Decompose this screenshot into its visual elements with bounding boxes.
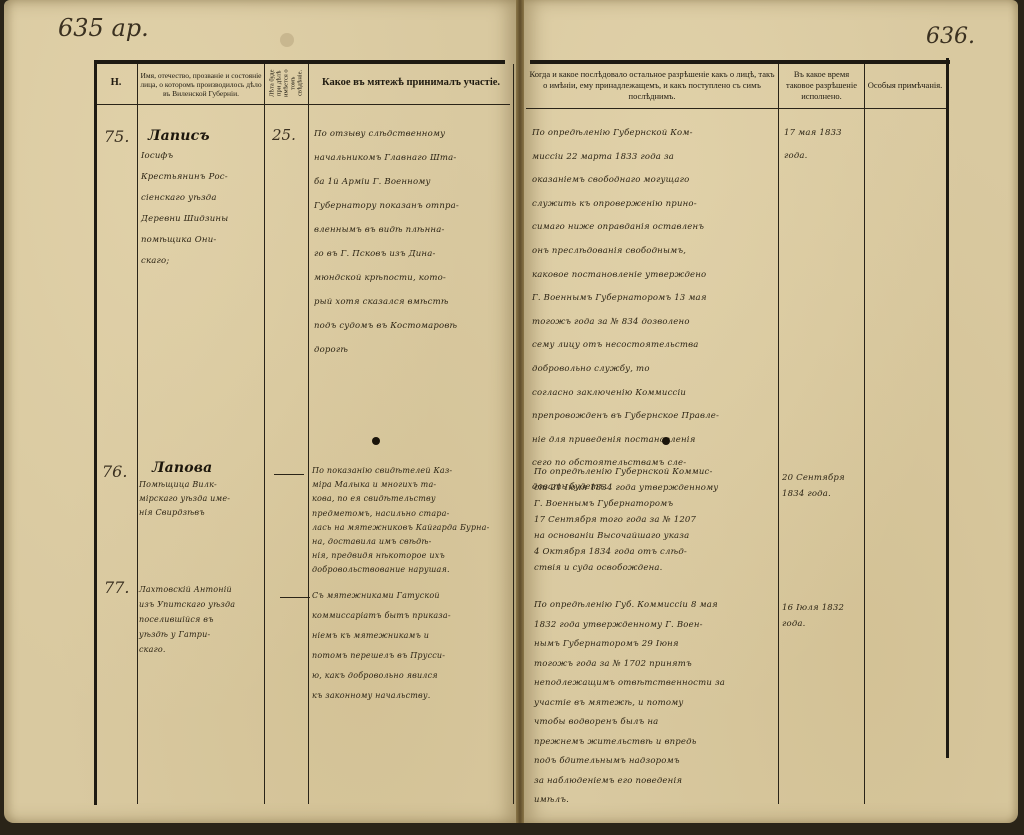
row-number: 77. [104, 578, 129, 597]
folio-left: 635 ар. [58, 14, 149, 42]
folio-right: 636. [926, 24, 975, 49]
row-participation: По отзыву слѣдственному начальникомъ Гла… [314, 122, 512, 362]
row-participation: По показанію свидѣтелей Каз- міра Малыка… [312, 464, 512, 578]
col-line [778, 64, 779, 804]
row-number: 76. [102, 462, 127, 481]
header-number: Н. [96, 64, 136, 102]
row-number: 75. [104, 127, 129, 146]
binding-hole [372, 437, 380, 445]
header-participation: Какое въ мятежѣ принималъ участіе. [310, 64, 512, 102]
row-resolution: По опредѣленію Губ. Коммиссіи 8 мая 1832… [534, 596, 778, 811]
row-executed: 16 Іюля 1832 года. [782, 600, 864, 632]
header-resolution: Когда и какое послѣдовало остальное разр… [528, 64, 776, 106]
row-person: Лахтовскій Антоній изъ Упитскаго уѣзда п… [139, 582, 265, 657]
col-line [946, 58, 949, 758]
row-executed: 20 Сентября 1834 года. [782, 470, 864, 502]
row-person: Помѣщица Вилк- мірскаго уѣзда име- нія С… [139, 478, 263, 520]
header-person: Имя, отечество, прозваніе и состояніе ли… [139, 64, 263, 104]
header-age: Лѣта буде при дѣлѣ имѣется о томъ свѣдѣн… [266, 64, 306, 102]
col-line [137, 64, 138, 804]
book-gutter [516, 0, 524, 823]
paper-stain [280, 33, 294, 47]
header-executed: Въ какое время таковое разрѣшеніе исполн… [780, 64, 863, 106]
row-participation: Съ мятежниками Гатуской коммиссаріатъ бы… [312, 586, 512, 706]
surname: Лапова [152, 460, 212, 476]
header-bottom-rule-right [526, 108, 946, 109]
col-line [264, 64, 265, 804]
dash-mark [280, 597, 310, 598]
col-line [513, 64, 514, 804]
row-executed: 17 мая 1833 года. [784, 122, 864, 168]
row-resolution: По опредѣленію Губернской Коммис- сіи 21… [534, 464, 778, 576]
col-line [308, 64, 309, 804]
header-notes: Особыя примѣчанія. [866, 64, 944, 106]
ledger-spread: 635 ар. 636. Н. Имя, отечество, прозвані… [0, 0, 1024, 835]
col-line [94, 60, 97, 805]
binding-hole [662, 437, 670, 445]
dash-mark [274, 474, 304, 475]
header-bottom-rule-left [95, 104, 510, 105]
row-age: 25. [272, 126, 296, 144]
surname: Лаписъ [148, 128, 210, 144]
col-line [864, 64, 865, 804]
row-person: Іосифъ Крестьянинъ Рос- сіенскаго уѣзда … [141, 146, 263, 272]
row-resolution: По опредѣленію Губернской Ком- миссіи 22… [532, 122, 778, 500]
